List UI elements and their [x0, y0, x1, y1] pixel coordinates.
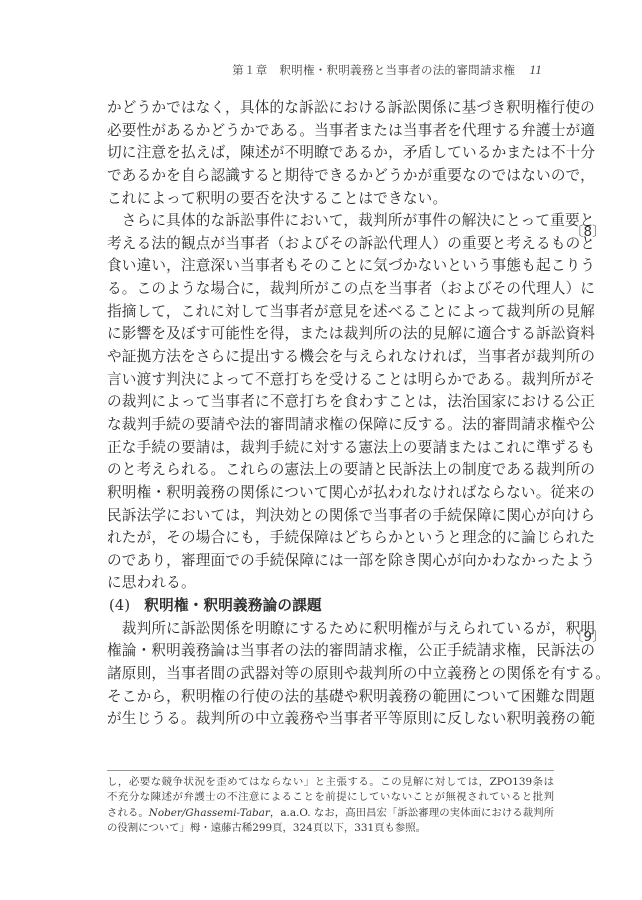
body-line: な裁判手続の要請や法的審問請求権の保障に反する。法的審問請求権や公	[107, 414, 559, 437]
body-line: 食い違い，注意深い当事者もそのことに気づかないという事態も起こりう	[107, 255, 559, 278]
footnote-divider	[107, 770, 554, 771]
body-line: のであり，審理面での手続保障には一部を除き関心が向かわなかったよう	[107, 550, 559, 573]
body-line: であるかを自ら認識すると期待できるかどうかが重要なのではないので，	[107, 165, 559, 188]
section-number: (4)	[109, 597, 130, 614]
body-line: や証拠方法をさらに提出する機会を与えられなければ，当事者が裁判所の	[107, 346, 559, 369]
body-line: 指摘して，これに対して当事者が意見を述べることによって裁判所の見解	[107, 301, 559, 324]
body-line: に影響を及ぼす可能性を得，または裁判所の法的見解に適合する訴訟資料	[107, 323, 559, 346]
section-heading: (4)釈明権・釈明義務論の課題	[107, 595, 559, 618]
body-line: 諸原則，当事者間の武器対等の原則や裁判所の中立義務との関係を有する。	[107, 663, 559, 686]
body-line: さらに具体的な訴訟事件において，裁判所が事件の解決にとって重要と	[107, 210, 559, 233]
body-line: 必要性があるかどうかである。当事者または当事者を代理する弁護士が適	[107, 120, 559, 143]
footnote-line: 不充分な陳述が弁護士の不注意によることを前提にしていないことが無視されていると批…	[107, 790, 554, 805]
body-line: 裁判所に訴訟関係を明瞭にするために釈明権が与えられているが，釈明	[107, 618, 559, 641]
body-line: そこから，釈明権の行使の法的基礎や釈明義務の範囲について困難な問題	[107, 686, 559, 709]
body-text: かどうかではなく，具体的な訴訟における訴訟関係に基づき釈明権行使の 必要性がある…	[107, 97, 559, 731]
body-line: る。このような場合に，裁判所がこの点を当事者（およびその代理人）に	[107, 278, 559, 301]
margin-marker-9: 〔9〕	[570, 625, 606, 645]
footnote-line: の役割について」栂・遠藤古稀299頁，324頁以下，331頁も参照。	[107, 821, 554, 836]
body-line: 言い渡す判決によって不意打ちを受けることは明らかである。裁判所がそ	[107, 369, 559, 392]
running-head-title: 第１章 釈明権・釈明義務と当事者の法的審問請求権	[232, 63, 515, 77]
body-line: 正な手続の要請は，裁判手続に対する憲法上の要請またはこれに準ずるも	[107, 437, 559, 460]
body-line: 切に注意を払えば，陳述が不明瞭であるか，矛盾しているかまたは不十分	[107, 142, 559, 165]
body-line: 考える法的観点が当事者（およびその訴訟代理人）の重要と考えるものと	[107, 233, 559, 256]
margin-marker-8: 〔8〕	[570, 220, 606, 240]
footnote-citation-authors: Nober/Ghassemi-Tabar	[149, 807, 270, 819]
footnote-line: し，必要な競争状況を歪めてはならない」と主張する。この見解に対しては，ZPO13…	[107, 775, 554, 790]
body-line: のと考えられる。これらの憲法上の要請と民訴法上の制度である裁判所の	[107, 459, 559, 482]
body-line: 釈明権・釈明義務の関係について関心が払われなければならない。従来の	[107, 482, 559, 505]
page-number: 11	[529, 62, 542, 77]
section-title: 釈明権・釈明義務論の課題	[144, 597, 322, 614]
body-line: れたが，その場合にも，手続保障はどちらかというと理念的に論じられた	[107, 527, 559, 550]
footnote-line: される。Nober/Ghassemi-Tabar，a.a.O. なお，高田昌宏「…	[107, 806, 554, 821]
running-head: 第１章 釈明権・釈明義務と当事者の法的審問請求権11	[0, 62, 542, 78]
body-line: が生じうる。裁判所の中立義務や当事者平等原則に反しない釈明義務の範	[107, 708, 559, 731]
body-line: 権論・釈明義務論は当事者の法的審問請求権，公正手続請求権，民訴法の	[107, 640, 559, 663]
body-line: これによって釈明の要否を決することはできない。	[107, 188, 559, 211]
body-line: の裁判によって当事者に不意打ちを食わすことは，法治国家における公正	[107, 391, 559, 414]
body-line: に思われる。	[107, 572, 559, 595]
footnote-text: される。	[107, 807, 149, 819]
footnotes: し，必要な競争状況を歪めてはならない」と主張する。この見解に対しては，ZPO13…	[107, 775, 554, 836]
footnote-text: ，a.a.O. なお，高田昌宏「訴訟審理の実体面における裁判所	[270, 807, 554, 819]
body-line: 民訴法学においては，判決効との関係で当事者の手続保障に関心が向けら	[107, 505, 559, 528]
body-line: かどうかではなく，具体的な訴訟における訴訟関係に基づき釈明権行使の	[107, 97, 559, 120]
